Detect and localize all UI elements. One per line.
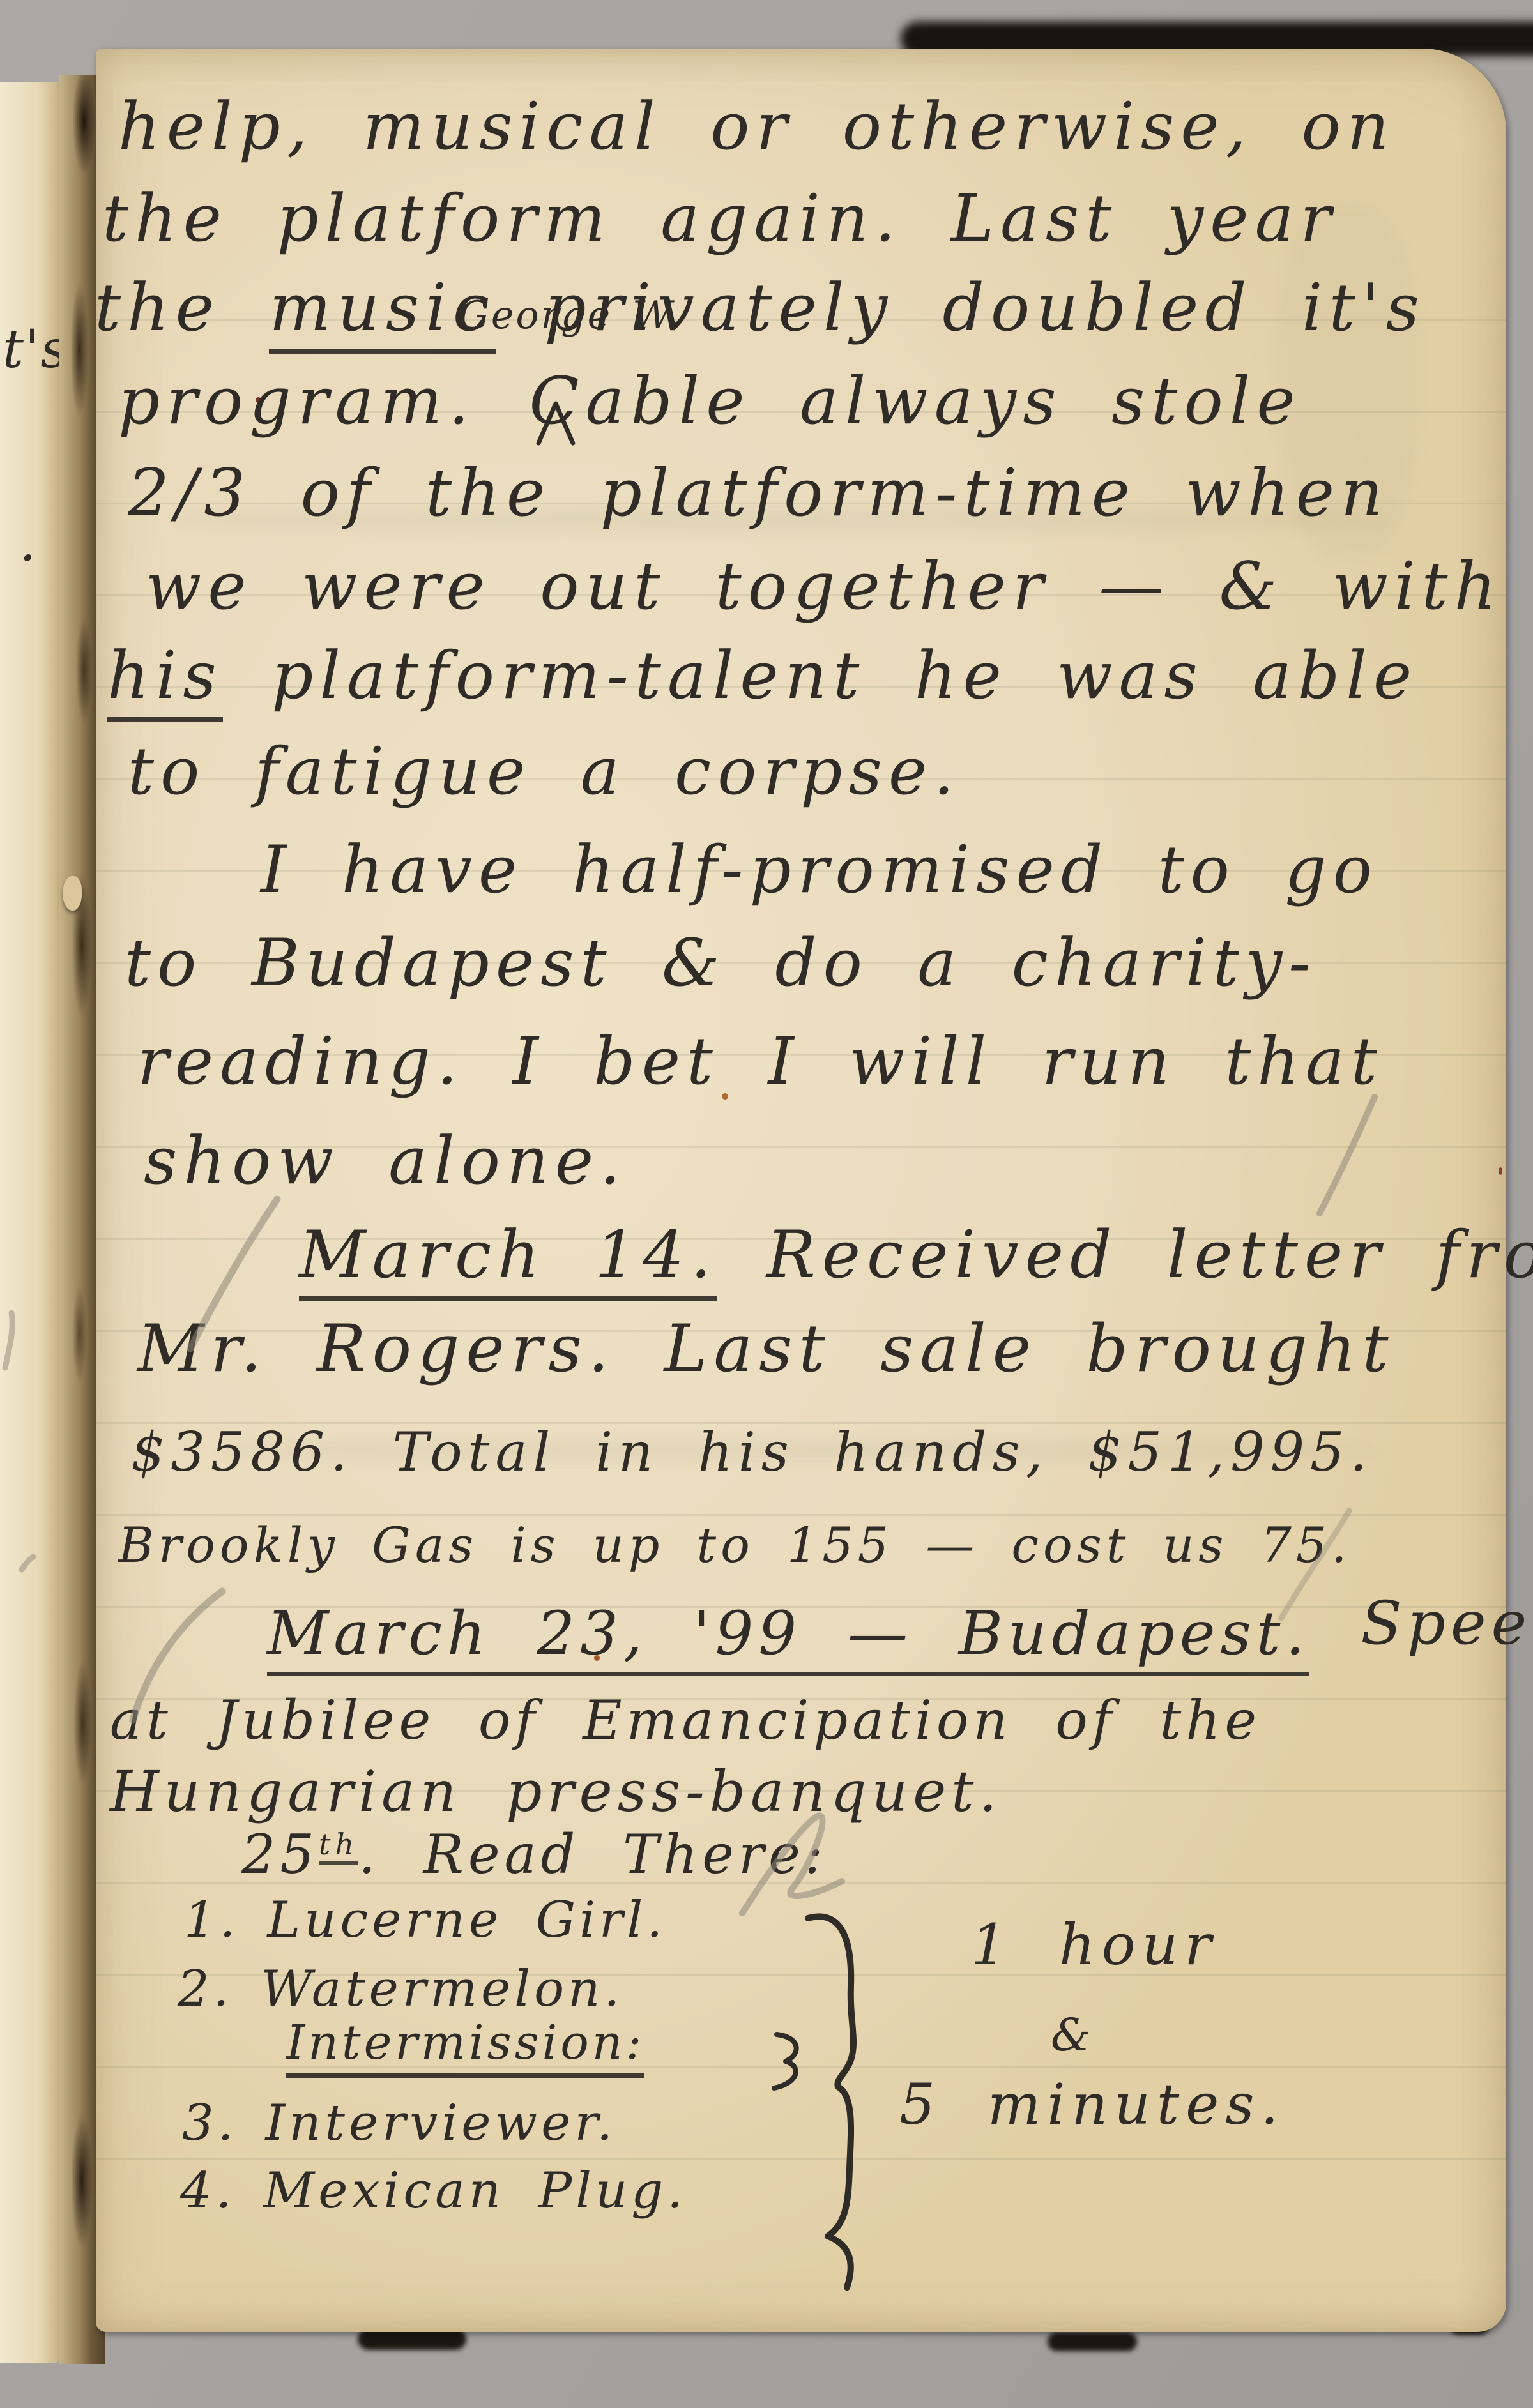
cover-edge-speck <box>1048 2332 1137 2351</box>
item-number: 2. <box>178 1960 233 2018</box>
manuscript-line-11: to Budapest & do a charity- <box>125 931 1317 996</box>
item-number: 3. <box>182 2094 237 2152</box>
manuscript-line-05: program.Cable always stole <box>118 369 1302 434</box>
manuscript-line-16-amounts: $3586. Total in his hands, $51,995. <box>131 1425 1373 1479</box>
line-text: help, musical or otherwise, on <box>118 89 1396 165</box>
manuscript-line-14-march-14-entry: March 14. Received letter from <box>299 1223 1533 1288</box>
item-title: Interviewer. <box>265 2094 616 2152</box>
manuscript-line-02: the platform again. Last year <box>102 186 1338 252</box>
line-text: reading. I bet I will run that <box>137 1024 1384 1100</box>
line-text: Cable always stole <box>529 363 1301 439</box>
line-text: at Jubilee of Emancipation of the <box>110 1689 1261 1752</box>
manuscript-line-06: 2/3 of the platform-time when <box>128 461 1389 526</box>
line-text: & <box>1051 2009 1097 2061</box>
manuscript-line-10: I have half-promised to go <box>261 838 1378 903</box>
line-text: Hungarian press-banquet. <box>110 1759 1002 1824</box>
reading-list-header: 25th. Read There: <box>241 1828 827 1881</box>
line-text: show alone. <box>144 1123 627 1199</box>
line-text: the <box>95 270 269 346</box>
binding-thread-knot <box>63 876 82 911</box>
manuscript-line-08: his platform-talent he was able <box>107 644 1418 709</box>
line-text: $3586. Total in his hands, $51,995. <box>131 1421 1373 1483</box>
manuscript-line-09: to fatigue a corpse. <box>128 739 961 805</box>
manuscript-line-13: show alone. <box>144 1129 627 1194</box>
line-text: to Budapest & do a charity- <box>125 925 1317 1001</box>
manuscript-line-03: the music privately doubled it's <box>95 276 1426 341</box>
manuscript-line-12: reading. I bet I will run that <box>137 1029 1384 1094</box>
line-text: to fatigue a corpse. <box>128 734 961 810</box>
manuscript-line-17-brooklyn-gas: Brookly Gas is up to 155 — cost us 75. <box>118 1521 1351 1570</box>
line-text: 1 hour <box>971 1912 1217 1978</box>
line-text: 2/3 of the platform-time when <box>128 455 1389 531</box>
line-text: program. <box>118 363 475 439</box>
reading-item-4: 4.Mexican Plug. <box>180 2166 687 2216</box>
reading-item-1: 1.Lucerne Girl. <box>184 1895 666 1945</box>
manuscript-line-15: Mr. Rogers. Last sale brought <box>137 1317 1395 1382</box>
line-text: platform-talent he was able <box>223 638 1419 714</box>
line-text: Speech <box>1361 1589 1533 1658</box>
item-title: Lucerne Girl. <box>267 1891 666 1949</box>
line-text: George W. <box>459 293 681 338</box>
underlined-date-march-23-budapest: March 23, '99 — Budapest. <box>267 1599 1309 1676</box>
line-text: the platform again. Last year <box>102 181 1338 257</box>
manuscript-line-20: Hungarian press-banquet. <box>110 1764 1002 1820</box>
item-number: 4. <box>180 2162 235 2220</box>
edge-speck <box>1499 1167 1502 1175</box>
day-number: 25 <box>241 1823 319 1886</box>
line-text: . Read There: <box>358 1823 827 1886</box>
manuscript-line-19: at Jubilee of Emancipation of the <box>110 1693 1261 1747</box>
line-text: we were out together — & with <box>146 549 1502 625</box>
line-text: Mr. Rogers. Last sale brought <box>137 1311 1395 1387</box>
ordinal-suffix: th <box>319 1827 358 1865</box>
intermission-note: Intermission: <box>286 2019 644 2066</box>
line-text: Received letter from <box>717 1217 1533 1293</box>
underlined-word-intermission: Intermission: <box>286 2015 644 2078</box>
underlined-date-march-14: March 14. <box>299 1217 717 1301</box>
facing-page-text-fragment: . <box>19 511 36 573</box>
manuscript-line-01: help, musical or otherwise, on <box>118 95 1396 160</box>
manuscript-line-07: we were out together — & with <box>146 554 1502 619</box>
duration-line-1: 1 hour <box>971 1917 1217 1973</box>
reading-item-3: 3.Interviewer. <box>182 2098 616 2148</box>
item-title: Watermelon. <box>261 1960 623 2018</box>
inserted-text-george-w: George W. <box>459 296 681 335</box>
item-title: Mexican Plug. <box>263 2162 687 2220</box>
line-text: Brookly Gas is up to 155 — cost us 75. <box>118 1517 1351 1573</box>
duration-line-3: 5 minutes. <box>899 2077 1285 2133</box>
underlined-word-his: his <box>107 638 223 722</box>
manuscript-line-18-march-23-entry: March 23, '99 — Budapest.Speech <box>267 1604 1533 1664</box>
line-text: 5 minutes. <box>899 2071 1285 2137</box>
reading-item-2: 2.Watermelon. <box>178 1964 623 2014</box>
duration-line-2: & <box>1051 2013 1097 2057</box>
notebook-photo: t's . help, musical or otherwise, on the… <box>0 0 1533 2408</box>
line-text: I have half-promised to go <box>261 832 1378 908</box>
facing-page-edge: t's . <box>0 82 61 2363</box>
item-number: 1. <box>184 1891 239 1949</box>
